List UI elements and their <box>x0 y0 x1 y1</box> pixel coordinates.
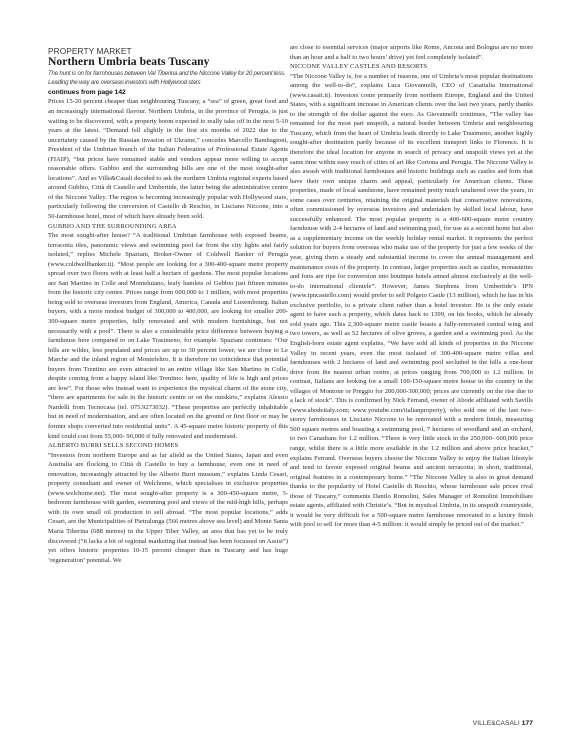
body-paragraph: are close to essential services (major a… <box>290 43 533 62</box>
right-column: are close to essential services (major a… <box>290 43 533 530</box>
article-standfirst: The hunt is on for farmhouses between Va… <box>48 69 288 88</box>
section-subhead: GUBBIO AND THE SURROUNDING AREA <box>48 222 288 232</box>
continues-from-note: continues from page 142 <box>48 88 288 98</box>
magazine-page: PROPERTY MARKET Northern Umbria beats Tu… <box>0 0 580 749</box>
article-headline: Northern Umbria beats Tuscany <box>48 56 288 68</box>
body-paragraph: The most sought-after house? “A traditio… <box>48 231 288 441</box>
section-subhead: NICCONE VALLEY CASTLES AND RESORTS <box>290 62 533 72</box>
page-folio: VILLE&CASALI 177 <box>473 720 533 727</box>
section-subhead: ALBERTO BURRI SELLS SECOND HOMES <box>48 441 288 451</box>
body-paragraph: “Investors from northern Europe and as f… <box>48 451 288 566</box>
body-paragraph: Prices 15-20 percent cheaper than neighb… <box>48 97 288 221</box>
magazine-name: VILLE&CASALI <box>473 720 520 727</box>
page-number: 177 <box>522 720 533 727</box>
body-paragraph: “The Niccone Valley is, for a number of … <box>290 72 533 530</box>
left-column: PROPERTY MARKET Northern Umbria beats Tu… <box>48 46 288 565</box>
